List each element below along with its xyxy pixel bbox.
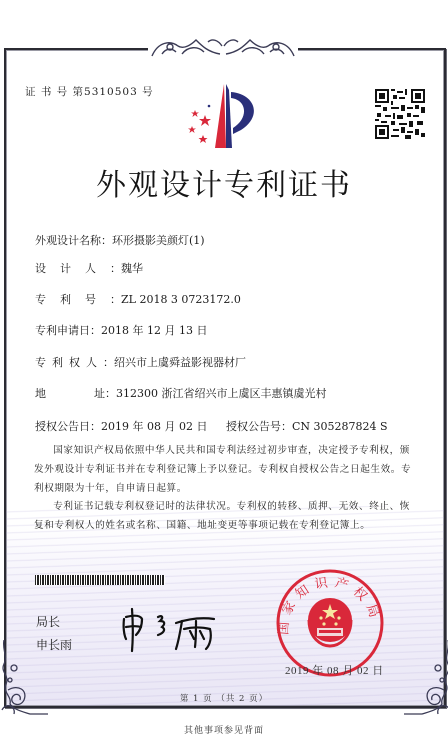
grant-number-label: 授权公告号： bbox=[226, 420, 292, 433]
grant-number-value: CN 305287824 S bbox=[292, 420, 388, 433]
patentee-value: 绍兴市上虞舜益影视器材厂 bbox=[114, 354, 246, 370]
top-ornament-icon bbox=[148, 34, 298, 62]
legal-status-paragraph: 专利证书记载专利权登记时的法律状况。专利权的转移、质押、无效、终止、恢复和专利权… bbox=[34, 497, 414, 535]
director-title: 局长 bbox=[36, 613, 60, 630]
design-name-value: 环形摄影美颜灯(1) bbox=[112, 232, 205, 248]
seal-date: 2019 年 08 月 02 日 bbox=[285, 662, 384, 678]
certificate-number: 证 书 号 第5310503 号 bbox=[25, 84, 154, 99]
cnipa-logo-icon bbox=[183, 82, 263, 150]
grant-number-field: 授权公告号：CN 305287824 S bbox=[226, 418, 388, 434]
signature-icon bbox=[118, 605, 228, 655]
filing-date-value: 2018 年 12 月 13 日 bbox=[101, 322, 207, 338]
grant-date-value: 2019 年 08 月 02 日 bbox=[101, 418, 207, 434]
certificate-number-label: 证 书 号 第 bbox=[25, 86, 84, 98]
corner-ornament-icon bbox=[404, 640, 448, 720]
corner-ornament-icon bbox=[0, 640, 48, 720]
patent-number-field: 专利号：ZL 2018 3 0723172.0 bbox=[35, 291, 241, 307]
address-value: 312300 浙江省绍兴市上虞区丰惠镇虞光村 bbox=[116, 385, 327, 401]
filing-date-field: 专利申请日：2018 年 12 月 13 日 bbox=[35, 322, 207, 338]
certificate-number-value: 5310503 bbox=[84, 86, 138, 98]
address-label-left: 地 bbox=[35, 385, 46, 401]
design-name-label: 外观设计名称： bbox=[35, 232, 112, 248]
designer-label: 设计人 bbox=[35, 260, 110, 276]
patentee-colon: ： bbox=[103, 356, 114, 369]
designer-field: 设计人：魏华 bbox=[35, 260, 143, 276]
barcode bbox=[35, 575, 165, 585]
patentee-field: 专利权人：绍兴市上虞舜益影视器材厂 bbox=[35, 354, 246, 370]
grant-date-label: 授权公告日： bbox=[35, 418, 101, 434]
grant-statement-paragraph: 国家知识产权局依照中华人民共和国专利法经过初步审查，决定授予专利权，颁发外观设计… bbox=[34, 441, 414, 498]
footer-note: 其他事项参见背面 bbox=[0, 723, 448, 736]
patentee-label: 专利权人 bbox=[35, 354, 103, 370]
page-indicator: 第 1 页 （共 2 页） bbox=[0, 692, 448, 704]
patent-number-value: ZL 2018 3 0723172.0 bbox=[121, 293, 241, 306]
address-label-right: 址： bbox=[94, 385, 116, 401]
patent-number-label: 专利号 bbox=[35, 291, 110, 307]
designer-value: 魏华 bbox=[121, 260, 143, 276]
design-name-field: 外观设计名称：环形摄影美颜灯(1) bbox=[35, 232, 205, 248]
address-field: 地址：312300 浙江省绍兴市上虞区丰惠镇虞光村 bbox=[35, 385, 327, 401]
grant-date-field: 授权公告日：2019 年 08 月 02 日 bbox=[35, 418, 207, 434]
filing-date-label: 专利申请日： bbox=[35, 322, 101, 338]
patent-number-colon: ： bbox=[110, 293, 121, 306]
certificate-number-suffix: 号 bbox=[142, 86, 154, 98]
page-title: 外观设计专利证书 bbox=[0, 160, 448, 204]
designer-colon: ： bbox=[110, 262, 121, 275]
qr-code-icon bbox=[375, 88, 425, 140]
